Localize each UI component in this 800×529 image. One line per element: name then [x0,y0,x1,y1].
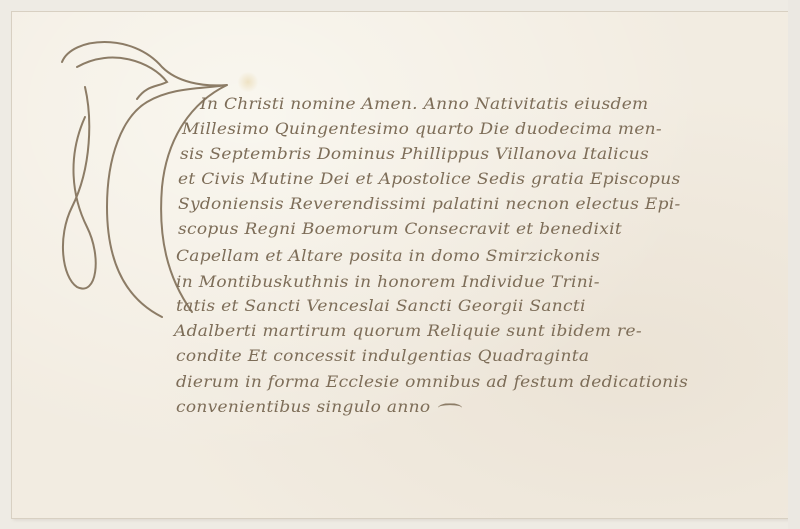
text-line-3: sis Septembris Dominus Phillippus Villan… [180,145,649,164]
text-line-10: Adalberti martirum quorum Reliquie sunt … [174,322,642,341]
text-line-13-content: convenientibus singulo anno [176,398,430,417]
text-line-2: Millesimo Quingentesimo quarto Die duode… [182,120,662,139]
text-line-6: scopus Regni Boemorum Consecravit et ben… [178,220,622,239]
text-line-1: In Christi nomine Amen. Anno Nativitatis… [200,95,648,114]
text-line-5: Sydoniensis Reverendissimi palatini necn… [178,195,681,214]
scan-margin [788,0,800,529]
line-filler-stroke-icon [438,403,462,413]
parchment-sheet: In Christi nomine Amen. Anno Nativitatis… [12,12,790,518]
text-line-12: dierum in forma Ecclesie omnibus ad fest… [176,373,688,392]
text-line-4: et Civis Mutine Dei et Apostolice Sedis … [178,170,681,189]
text-line-13: convenientibus singulo anno [176,398,462,417]
text-line-11: condite Et concessit indulgentias Quadra… [176,347,589,366]
text-line-9: tatis et Sancti Venceslai Sancti Georgii… [176,297,586,316]
text-line-7: Capellam et Altare posita in domo Smirzi… [176,247,600,266]
text-line-8: in Montibuskuthnis in honorem Individue … [176,273,600,292]
